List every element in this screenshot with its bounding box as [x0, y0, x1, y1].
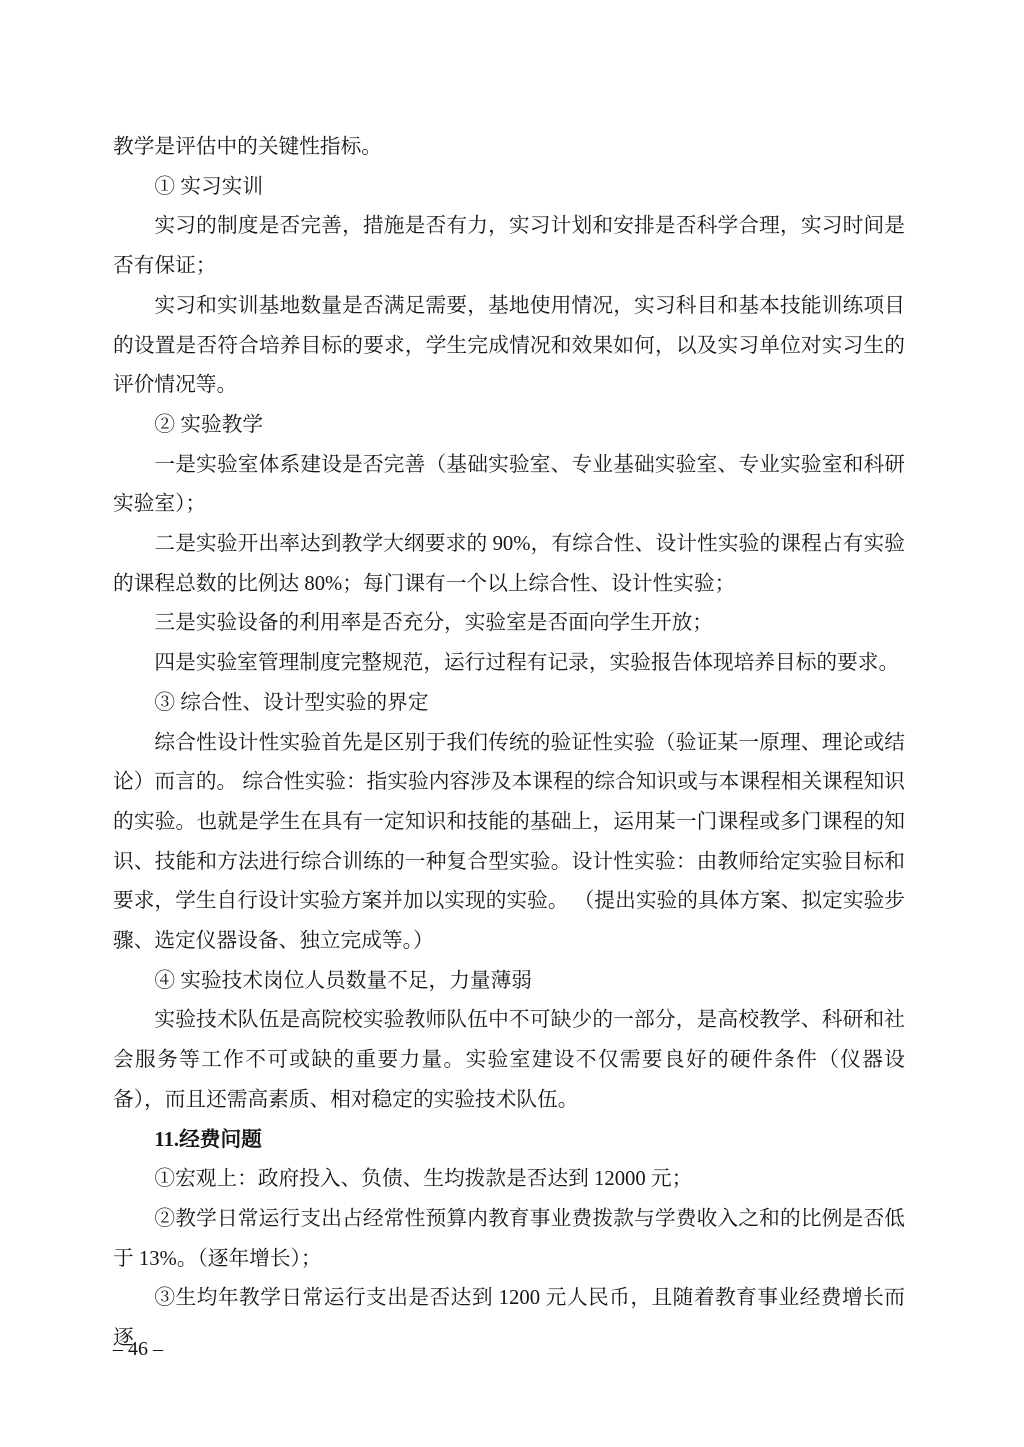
paragraph: ③生均年教学日常运行支出是否达到 1200 元人民币，且随着教育事业经费增长而逐	[113, 1279, 905, 1358]
paragraph: 二是实验开出率达到教学大纲要求的 90%，有综合性、设计性实验的课程占有实验的课…	[113, 525, 905, 604]
document-page: 教学是评估中的关键性指标。 ① 实习实训 实习的制度是否完善，措施是否有力，实习…	[0, 0, 1024, 1447]
paragraph: 一是实验室体系建设是否完善（基础实验室、专业基础实验室、专业实验室和科研实验室）…	[113, 446, 905, 525]
paragraph: 实验技术队伍是高院校实验教师队伍中不可缺少的一部分，是高校教学、科研和社会服务等…	[113, 1001, 905, 1120]
paragraph: 三是实验设备的利用率是否充分，实验室是否面向学生开放；	[113, 604, 905, 644]
paragraph: ①宏观上：政府投入、负债、生均拨款是否达到 12000 元；	[113, 1160, 905, 1200]
page-number: – 46 –	[113, 1336, 163, 1362]
section-heading-funding: 11.经费问题	[113, 1121, 905, 1161]
document-content: 教学是评估中的关键性指标。 ① 实习实训 实习的制度是否完善，措施是否有力，实习…	[113, 128, 905, 1359]
paragraph: 综合性设计性实验首先是区别于我们传统的验证性实验（验证某一原理、理论或结论）而言…	[113, 724, 905, 962]
item-heading-circled-3: ③ 综合性、设计型实验的界定	[113, 684, 905, 724]
paragraph: ②教学日常运行支出占经常性预算内教育事业费拨款与学费收入之和的比例是否低于 13…	[113, 1200, 905, 1279]
paragraph: 四是实验室管理制度完整规范，运行过程有记录，实验报告体现培养目标的要求。	[113, 644, 905, 684]
paragraph-continuation: 教学是评估中的关键性指标。	[113, 128, 905, 168]
paragraph: 实习的制度是否完善，措施是否有力，实习计划和安排是否科学合理，实习时间是否有保证…	[113, 207, 905, 286]
item-heading-circled-2: ② 实验教学	[113, 406, 905, 446]
paragraph: 实习和实训基地数量是否满足需要，基地使用情况，实习科目和基本技能训练项目的设置是…	[113, 287, 905, 406]
item-heading-circled-4: ④ 实验技术岗位人员数量不足，力量薄弱	[113, 962, 905, 1002]
item-heading-circled-1: ① 实习实训	[113, 168, 905, 208]
